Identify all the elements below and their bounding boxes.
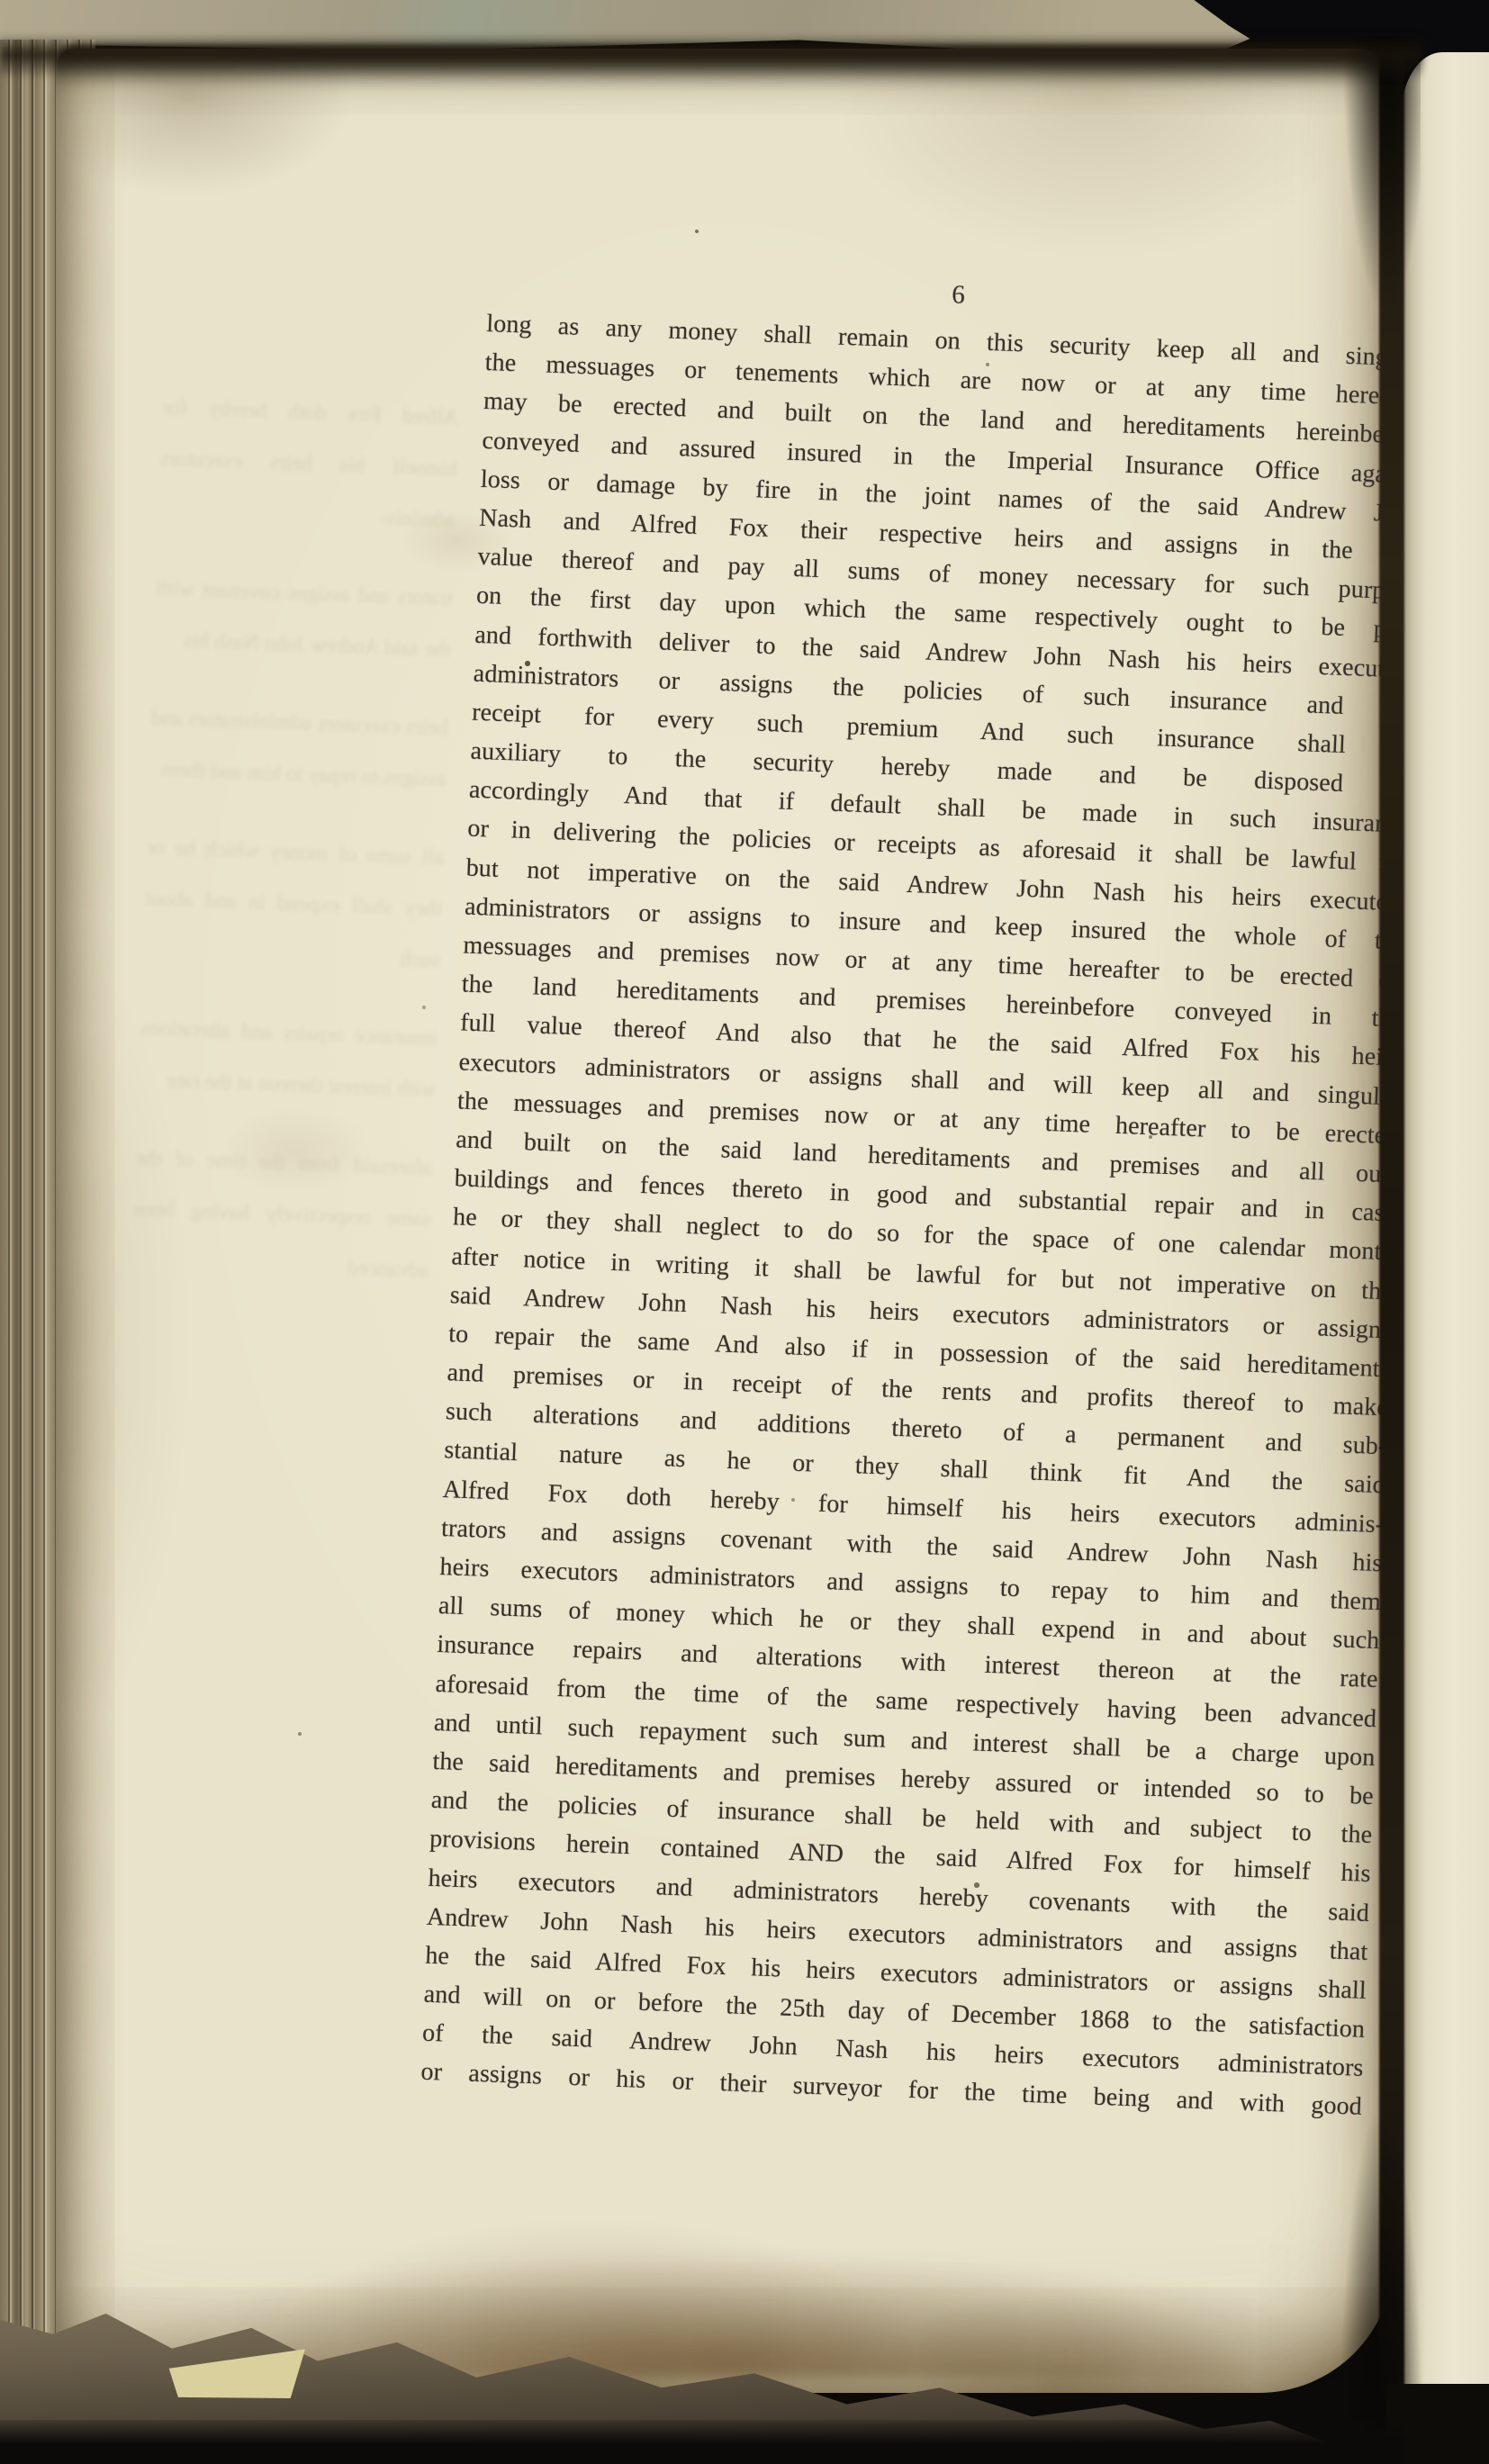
top-edge-shadow <box>0 34 1422 79</box>
ghost-line: Alfred Fox doth hereby for himself his h… <box>158 383 460 546</box>
ghost-line: insurance repairs and alterations with i… <box>138 1003 438 1115</box>
ghost-line: all sums of money which he or they shall… <box>142 823 445 987</box>
adjacent-page-edge <box>1401 52 1489 2409</box>
body-text: long as any money shall remain on this s… <box>420 304 1429 2126</box>
book-scan: Alfred Fox doth hereby for himself his h… <box>0 0 1489 2464</box>
dust-specks <box>0 0 2 2</box>
ghost-line: trators and assigns covenant with the sa… <box>153 564 454 676</box>
gutter-shadow <box>1379 47 1404 2423</box>
ghost-line: aforesaid from the time of the same resp… <box>131 1133 434 1296</box>
bottom-shadow <box>0 2420 1404 2464</box>
show-through-text: Alfred Fox doth hereby for himself his h… <box>104 383 459 2084</box>
printed-text-block: 6 long as any money shall remain on this… <box>420 263 1430 2126</box>
ghost-line: heirs executors administrators and assig… <box>149 693 449 806</box>
